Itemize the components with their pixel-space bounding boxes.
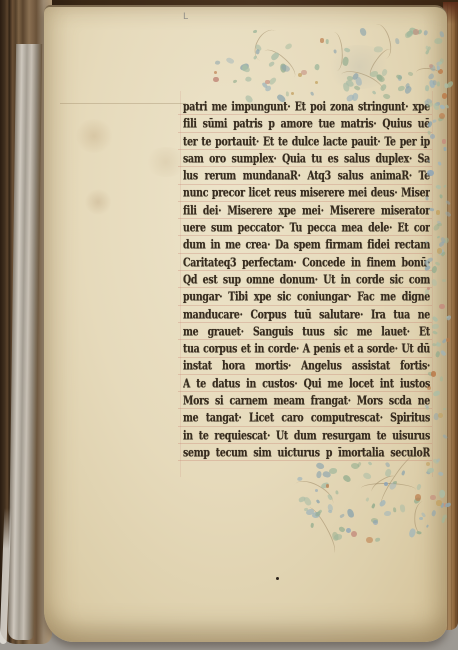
page-edges-left (8, 44, 42, 640)
parchment-stain (74, 119, 114, 153)
manuscript-photo: L patri me impungunt· Et poi zona string… (0, 0, 458, 650)
corner-mark: L (183, 12, 188, 22)
parchment-stain (144, 147, 188, 177)
manuscript-text-line: semp tecum sim uicturus p īmortalia secu… (183, 442, 430, 464)
manuscript-text-block: patri me impungunt· Et poi zona stringun… (183, 99, 430, 462)
manuscript-page: L patri me impungunt· Et poi zona string… (44, 5, 447, 642)
parchment-stain (324, 45, 394, 89)
parchment-crease (60, 103, 186, 104)
parchment-stain (84, 189, 112, 215)
ink-speck (276, 577, 279, 580)
ruling-line-vertical-right (432, 91, 433, 477)
